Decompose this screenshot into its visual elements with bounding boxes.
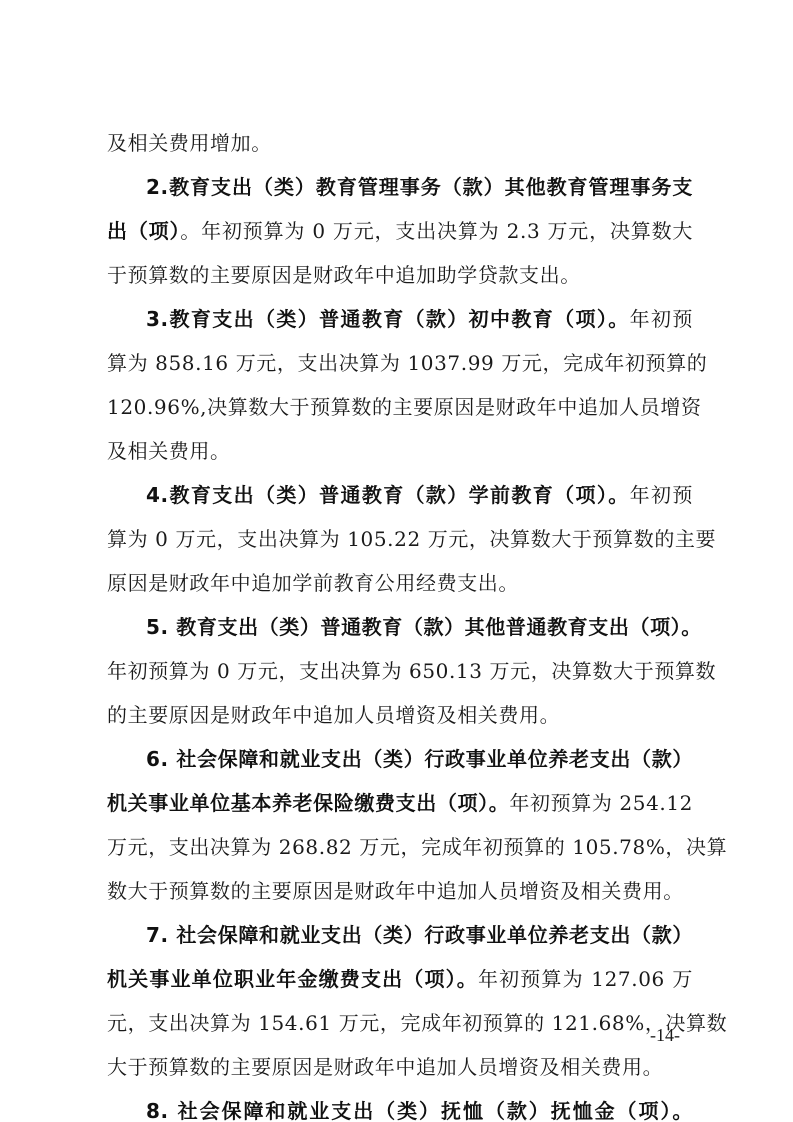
body-text: 及相关费用增加。 (107, 131, 272, 155)
body-text: 元，支出决算为 154.61 万元，完成年初预算的 121.68%，决算数 (107, 1011, 727, 1035)
body-text: 年初预算为 254.12 (509, 791, 693, 815)
bold-heading: 8. 社会保障和就业支出（类）抚恤（款）抚恤金（项）。 (146, 1099, 693, 1122)
text-line: 出（项）。年初预算为 0 万元，支出决算为 2.3 万元，决算数大 (107, 216, 693, 246)
text-line: 于预算数的主要原因是财政年中追加助学贷款支出。 (107, 260, 693, 290)
text-line: 机关事业单位基本养老保险缴费支出（项）。年初预算为 254.12 (107, 788, 693, 818)
bold-heading: 5. 教育支出（类）普通教育（款）其他普通教育支出（项）。 (146, 615, 702, 639)
text-line: 年初预算为 0 万元，支出决算为 650.13 万元，决算数大于预算数 (107, 656, 693, 686)
page-number: -14- (650, 1025, 680, 1046)
body-text: 算为 0 万元，支出决算为 105.22 万元，决算数大于预算数的主要 (107, 527, 716, 551)
body-text: 的主要原因是财政年中追加人员增资及相关费用。 (107, 703, 560, 727)
bold-heading: 机关事业单位职业年金缴费支出（项）。 (107, 967, 478, 991)
body-text: 数大于预算数的主要原因是财政年中追加人员增资及相关费用。 (107, 879, 684, 903)
bold-heading: 3.教育支出（类）普通教育（款）初中教育（项）。 (146, 307, 630, 331)
text-line: 大于预算数的主要原因是财政年中追加人员增资及相关费用。 (107, 1052, 693, 1082)
text-line: 算为 0 万元，支出决算为 105.22 万元，决算数大于预算数的主要 (107, 524, 693, 554)
text-line: 120.96%,决算数大于预算数的主要原因是财政年中追加人员增资 (107, 392, 693, 422)
body-text: 大于预算数的主要原因是财政年中追加人员增资及相关费用。 (107, 1055, 663, 1079)
heading-line-item-5: 5. 教育支出（类）普通教育（款）其他普通教育支出（项）。 (146, 612, 693, 642)
bold-heading: 出（项） (107, 219, 180, 243)
body-text: 原因是财政年中追加学前教育公用经费支出。 (107, 571, 519, 595)
heading-line-item-2: 2.教育支出（类）教育管理事务（款）其他教育管理事务支 (146, 172, 693, 202)
text-line: 及相关费用。 (107, 436, 693, 466)
heading-line-item-7: 7. 社会保障和就业支出（类）行政事业单位养老支出（款） (146, 920, 693, 950)
text-line: 万元，支出决算为 268.82 万元，完成年初预算的 105.78%，决算 (107, 832, 693, 862)
bold-heading: 7. 社会保障和就业支出（类）行政事业单位养老支出（款） (146, 923, 693, 947)
text-line: 元，支出决算为 154.61 万元，完成年初预算的 121.68%，决算数 (107, 1008, 693, 1038)
heading-line-item-8: 8. 社会保障和就业支出（类）抚恤（款）抚恤金（项）。 (146, 1096, 693, 1122)
heading-line-item-3: 3.教育支出（类）普通教育（款）初中教育（项）。年初预 (146, 304, 693, 334)
text-line: 数大于预算数的主要原因是财政年中追加人员增资及相关费用。 (107, 876, 693, 906)
bold-heading: 4.教育支出（类）普通教育（款）学前教育（项）。 (146, 483, 630, 507)
text-line: 算为 858.16 万元，支出决算为 1037.99 万元，完成年初预算的 (107, 348, 693, 378)
body-text: 年初预 (630, 483, 693, 507)
body-text: 及相关费用。 (107, 439, 231, 463)
heading-line-item-6: 6. 社会保障和就业支出（类）行政事业单位养老支出（款） (146, 744, 693, 774)
document-page: 及相关费用增加。 2.教育支出（类）教育管理事务（款）其他教育管理事务支 出（项… (0, 0, 793, 1122)
text-line: 机关事业单位职业年金缴费支出（项）。年初预算为 127.06 万 (107, 964, 693, 994)
body-text: 万元，支出决算为 268.82 万元，完成年初预算的 105.78%，决算 (107, 835, 727, 859)
body-text: 。年初预算为 0 万元，支出决算为 2.3 万元，决算数大 (180, 219, 693, 243)
body-text: 年初预算为 0 万元，支出决算为 650.13 万元，决算数大于预算数 (107, 659, 716, 683)
text-line: 原因是财政年中追加学前教育公用经费支出。 (107, 568, 693, 598)
body-text: 算为 858.16 万元，支出决算为 1037.99 万元，完成年初预算的 (107, 351, 707, 375)
body-text: 于预算数的主要原因是财政年中追加助学贷款支出。 (107, 263, 581, 287)
text-line: 的主要原因是财政年中追加人员增资及相关费用。 (107, 700, 693, 730)
text-line: 及相关费用增加。 (107, 128, 693, 158)
body-text: 120.96%,决算数大于预算数的主要原因是财政年中追加人员增资 (107, 395, 702, 419)
heading-line-item-4: 4.教育支出（类）普通教育（款）学前教育（项）。年初预 (146, 480, 693, 510)
body-text: 年初预 (630, 307, 693, 331)
body-text: 年初预算为 127.06 万 (478, 967, 693, 991)
bold-heading: 2.教育支出（类）教育管理事务（款）其他教育管理事务支 (146, 175, 693, 199)
bold-heading: 6. 社会保障和就业支出（类）行政事业单位养老支出（款） (146, 747, 693, 771)
bold-heading: 机关事业单位基本养老保险缴费支出（项）。 (107, 791, 509, 815)
